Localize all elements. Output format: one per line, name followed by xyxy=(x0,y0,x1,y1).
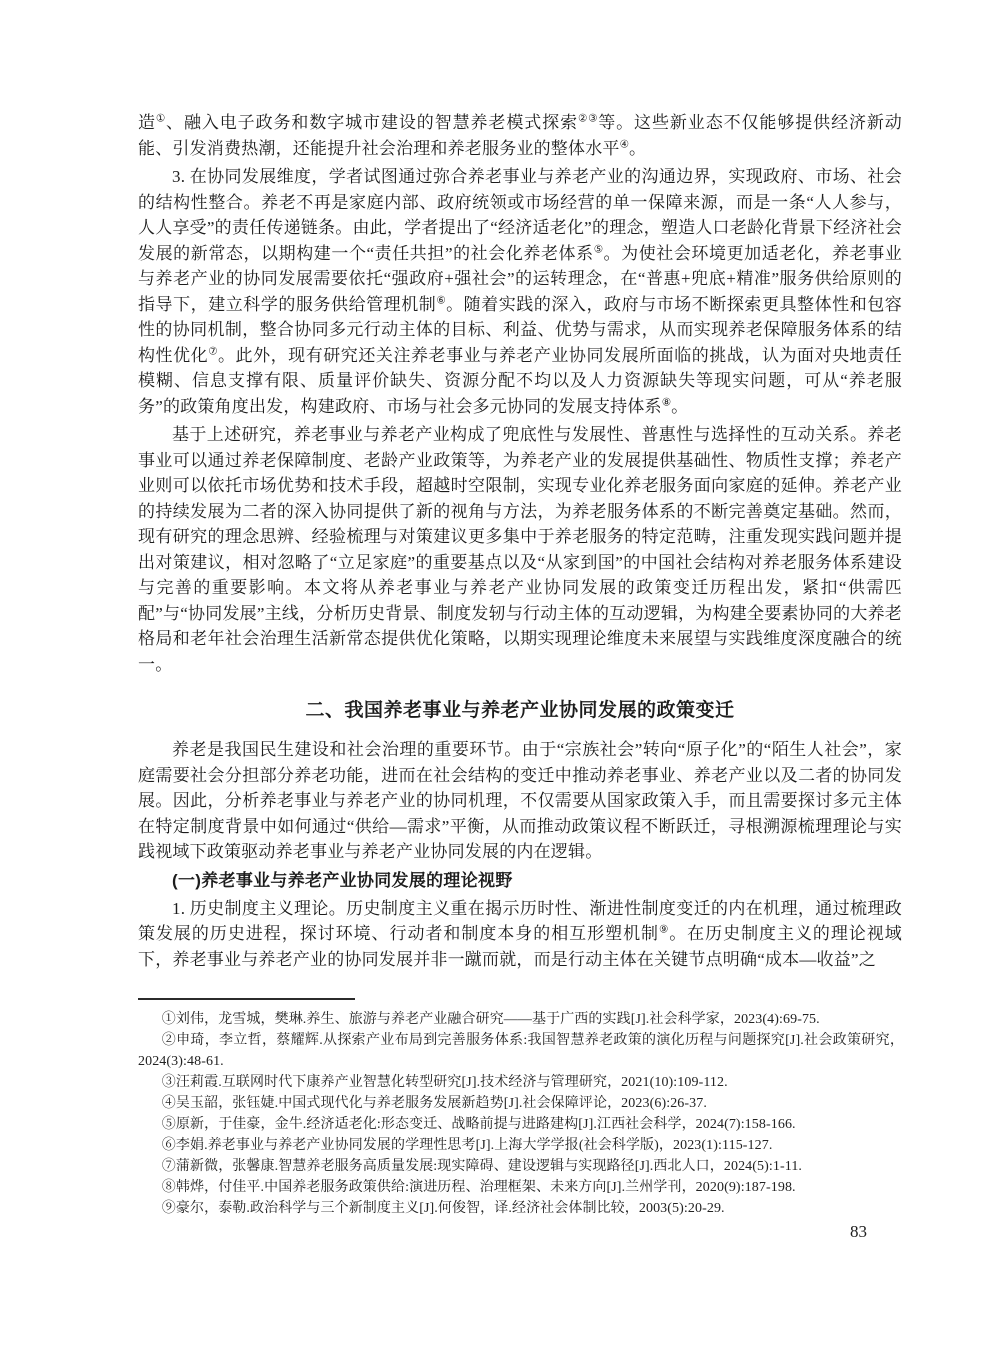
footnote-marker: ③ xyxy=(162,1075,176,1090)
footnote-ref: ① xyxy=(156,113,166,124)
footnote-marker: ④ xyxy=(162,1096,176,1111)
footnote-ref: ②③ xyxy=(578,113,598,124)
footnote-item: ②申琦，李立哲，蔡耀辉.从探索产业布局到完善服务体系:我国智慧养老政策的演化历程… xyxy=(138,1030,904,1072)
footnote-divider xyxy=(138,998,355,1000)
footnote-text: 吴玉韶，张钰婕.中国式现代化与养老服务发展新趋势[J].社会保障评论，2023(… xyxy=(176,1096,707,1111)
paragraph-collaborative-dimension: 3. 在协同发展维度，学者试图通过弥合养老事业与养老产业的沟通边界，实现政府、市… xyxy=(138,164,902,419)
journal-page: 造①、融入电子政务和数字城市建设的智慧养老模式探索②③等。这些新业态不仅能够提供… xyxy=(0,0,1000,1347)
footnote-marker: ⑦ xyxy=(162,1159,176,1174)
footnote-marker: ⑥ xyxy=(162,1138,176,1153)
footnote-ref: ⑦ xyxy=(208,346,218,357)
footnote-marker: ② xyxy=(162,1033,176,1048)
paragraph-pension-policy-link: 养老是我国民生建设和社会治理的重要环节。由于“宗族社会”转向“原子化”的“陌生人… xyxy=(138,737,902,865)
footnote-text: 原新，于佳豪，金牛.经济适老化:形态变迁、战略前提与进路建构[J].江西社会科学… xyxy=(176,1117,796,1132)
footnotes-section: ①刘伟，龙雪城，樊琳.养生、旅游与养老产业融合研究——基于广西的实践[J].社会… xyxy=(138,998,904,1219)
footnote-marker: ⑧ xyxy=(162,1180,176,1195)
footnote-marker: ⑤ xyxy=(162,1117,176,1132)
footnote-item: ⑨豪尔，泰勒.政治科学与三个新制度主义[J].何俊智，译.经济社会体制比较，20… xyxy=(138,1198,904,1219)
footnote-text: 豪尔，泰勒.政治科学与三个新制度主义[J].何俊智，译.经济社会体制比较，200… xyxy=(176,1201,725,1216)
footnote-item: ⑧韩烨，付佳平.中国养老服务政策供给:演进历程、治理框架、未来方向[J].兰州学… xyxy=(138,1177,904,1198)
paragraph-smart-eldercare-tail: 造①、融入电子政务和数字城市建设的智慧养老模式探索②③等。这些新业态不仅能够提供… xyxy=(138,110,902,161)
footnote-marker: ① xyxy=(162,1012,176,1027)
footnote-ref: ⑤ xyxy=(594,244,604,255)
subsection-heading-theory-perspective: (一)养老事业与养老产业协同发展的理论视野 xyxy=(138,868,902,894)
footnote-text: 刘伟，龙雪城，樊琳.养生、旅游与养老产业融合研究——基于广西的实践[J].社会科… xyxy=(176,1012,820,1027)
footnote-text: 蒲新微，张馨康.智慧养老服务高质量发展:现实障碍、建设逻辑与实现路径[J].西北… xyxy=(176,1159,802,1174)
section-heading-policy-change: 二、我国养老事业与养老产业协同发展的政策变迁 xyxy=(138,697,902,724)
footnote-text: 李娟.养老事业与养老产业协同发展的学理性思考[J].上海大学学报(社会科学版)，… xyxy=(176,1138,773,1153)
footnote-item: ⑤原新，于佳豪，金牛.经济适老化:形态变迁、战略前提与进路建构[J].江西社会科… xyxy=(138,1114,904,1135)
footnote-item: ③汪莉霞.互联网时代下康养产业智慧化转型研究[J].技术经济与管理研究，2021… xyxy=(138,1072,904,1093)
footnote-marker: ⑨ xyxy=(162,1201,176,1216)
footnote-text: 韩烨，付佳平.中国养老服务政策供给:演进历程、治理框架、未来方向[J].兰州学刊… xyxy=(176,1180,796,1195)
paragraph-historical-institutionalism: 1. 历史制度主义理论。历史制度主义重在揭示历时性、渐进性制度变迁的内在机理，通… xyxy=(138,896,902,973)
article-body: 造①、融入电子政务和数字城市建设的智慧养老模式探索②③等。这些新业态不仅能够提供… xyxy=(138,110,902,975)
footnote-item: ④吴玉韶，张钰婕.中国式现代化与养老服务发展新趋势[J].社会保障评论，2023… xyxy=(138,1093,904,1114)
paragraph-interaction-relationship: 基于上述研究，养老事业与养老产业构成了兜底性与发展性、普惠性与选择性的互动关系。… xyxy=(138,422,902,677)
footnote-ref: ⑨ xyxy=(659,924,669,935)
footnote-ref: ⑥ xyxy=(436,295,446,306)
footnote-item: ⑥李娟.养老事业与养老产业协同发展的学理性思考[J].上海大学学报(社会科学版)… xyxy=(138,1135,904,1156)
footnote-text: 申琦，李立哲，蔡耀辉.从探索产业布局到完善服务体系:我国智慧养老政策的演化历程与… xyxy=(138,1033,904,1069)
footnote-ref: ⑧ xyxy=(662,397,671,408)
footnote-ref: ④ xyxy=(620,139,629,150)
page-number: 83 xyxy=(850,1222,867,1242)
footnote-list: ①刘伟，龙雪城，樊琳.养生、旅游与养老产业融合研究——基于广西的实践[J].社会… xyxy=(138,1009,904,1219)
footnote-item: ①刘伟，龙雪城，樊琳.养生、旅游与养老产业融合研究——基于广西的实践[J].社会… xyxy=(138,1009,904,1030)
footnote-item: ⑦蒲新微，张馨康.智慧养老服务高质量发展:现实障碍、建设逻辑与实现路径[J].西… xyxy=(138,1156,904,1177)
footnote-text: 汪莉霞.互联网时代下康养产业智慧化转型研究[J].技术经济与管理研究，2021(… xyxy=(176,1075,728,1090)
